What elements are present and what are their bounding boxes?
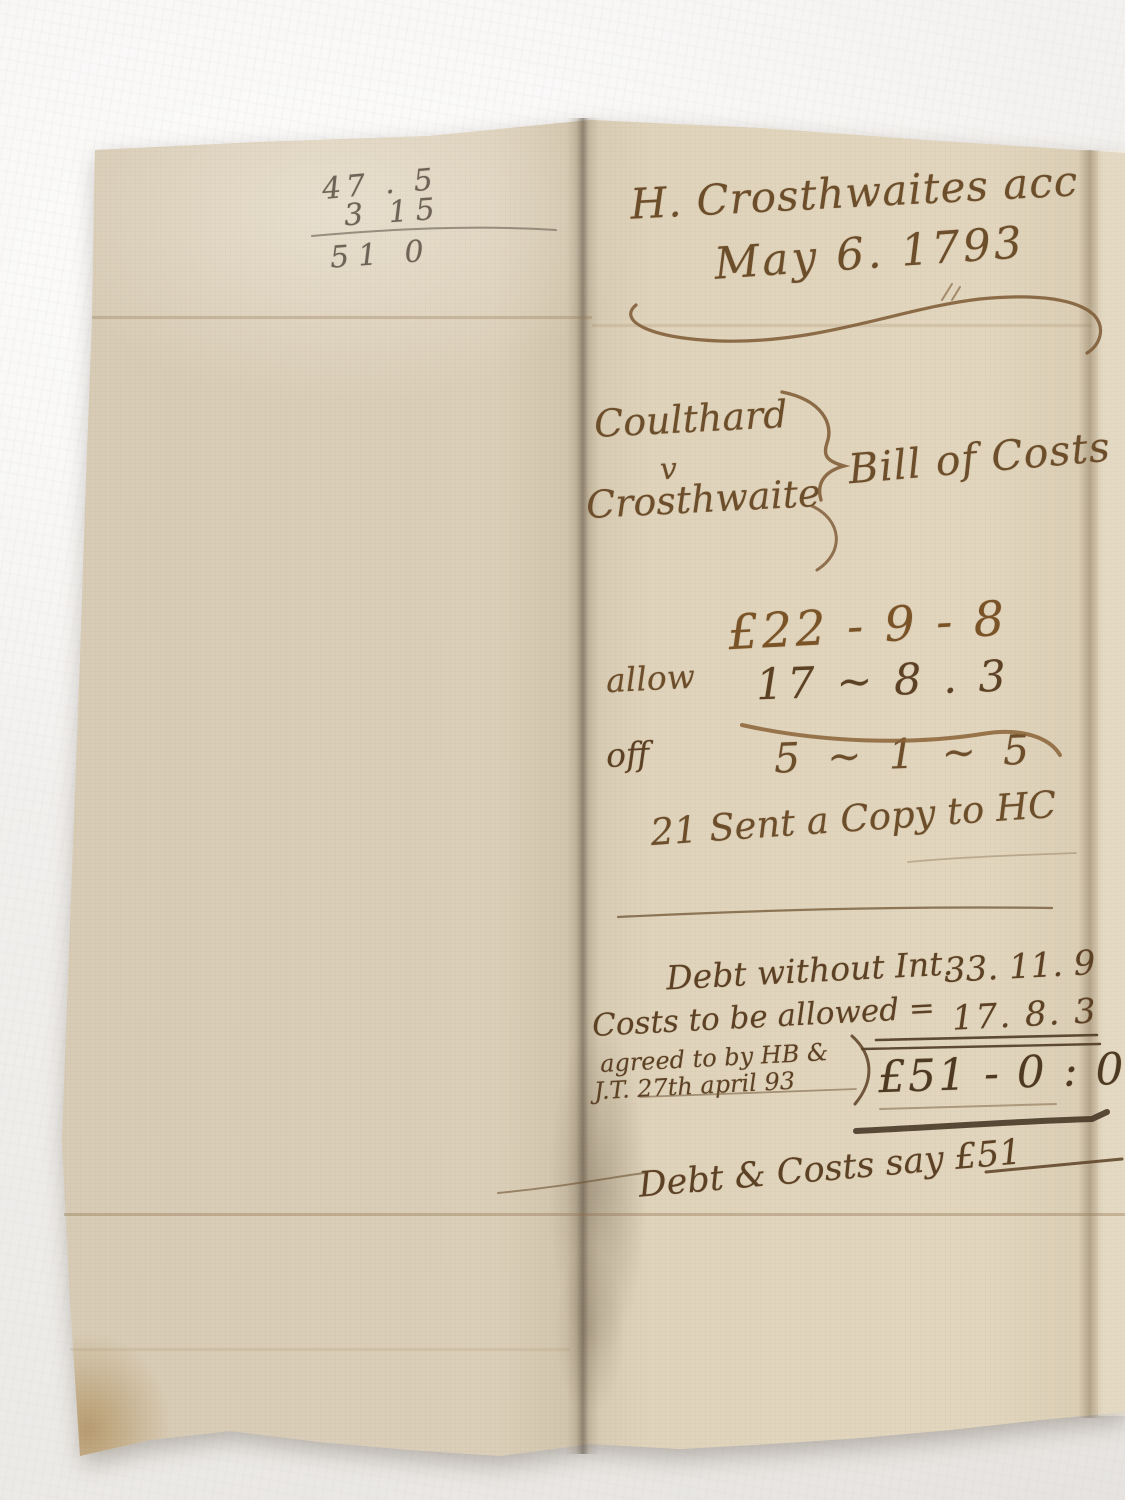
- allow-label: allow: [605, 660, 696, 698]
- costs-amount: 17. 8. 3: [951, 994, 1098, 1036]
- horizontal-fold-line-upper-left: [92, 316, 592, 319]
- off-label: off: [605, 737, 650, 772]
- debt-amount: 33. 11. 9: [943, 946, 1096, 988]
- case-plaintiff: Coulthard: [593, 395, 788, 443]
- horizontal-fold-line-upper-right: [592, 324, 1092, 327]
- settlement-total: £51 - 0 : 0: [877, 1048, 1125, 1101]
- right-fold-crease: [1078, 150, 1104, 1418]
- photograph-of-document: 47 . 5 3 15 51 0 H. Crosthwaites acc May…: [0, 0, 1125, 1500]
- horizontal-fold-line-lower: [64, 1213, 1125, 1216]
- off-amount: 5 ~ 1 ~ 5: [773, 729, 1036, 779]
- pencil-sum-line-3: 51 0: [329, 236, 434, 273]
- pencil-sum-line-2: 3 15: [343, 195, 444, 232]
- horizontal-fold-line-faint: [70, 1348, 570, 1351]
- case-defendant: Crosthwaite: [585, 474, 821, 524]
- bill-total-amount: £22 - 9 - 8: [727, 595, 1008, 658]
- allow-amount: 17 ~ 8 . 3: [755, 656, 1010, 708]
